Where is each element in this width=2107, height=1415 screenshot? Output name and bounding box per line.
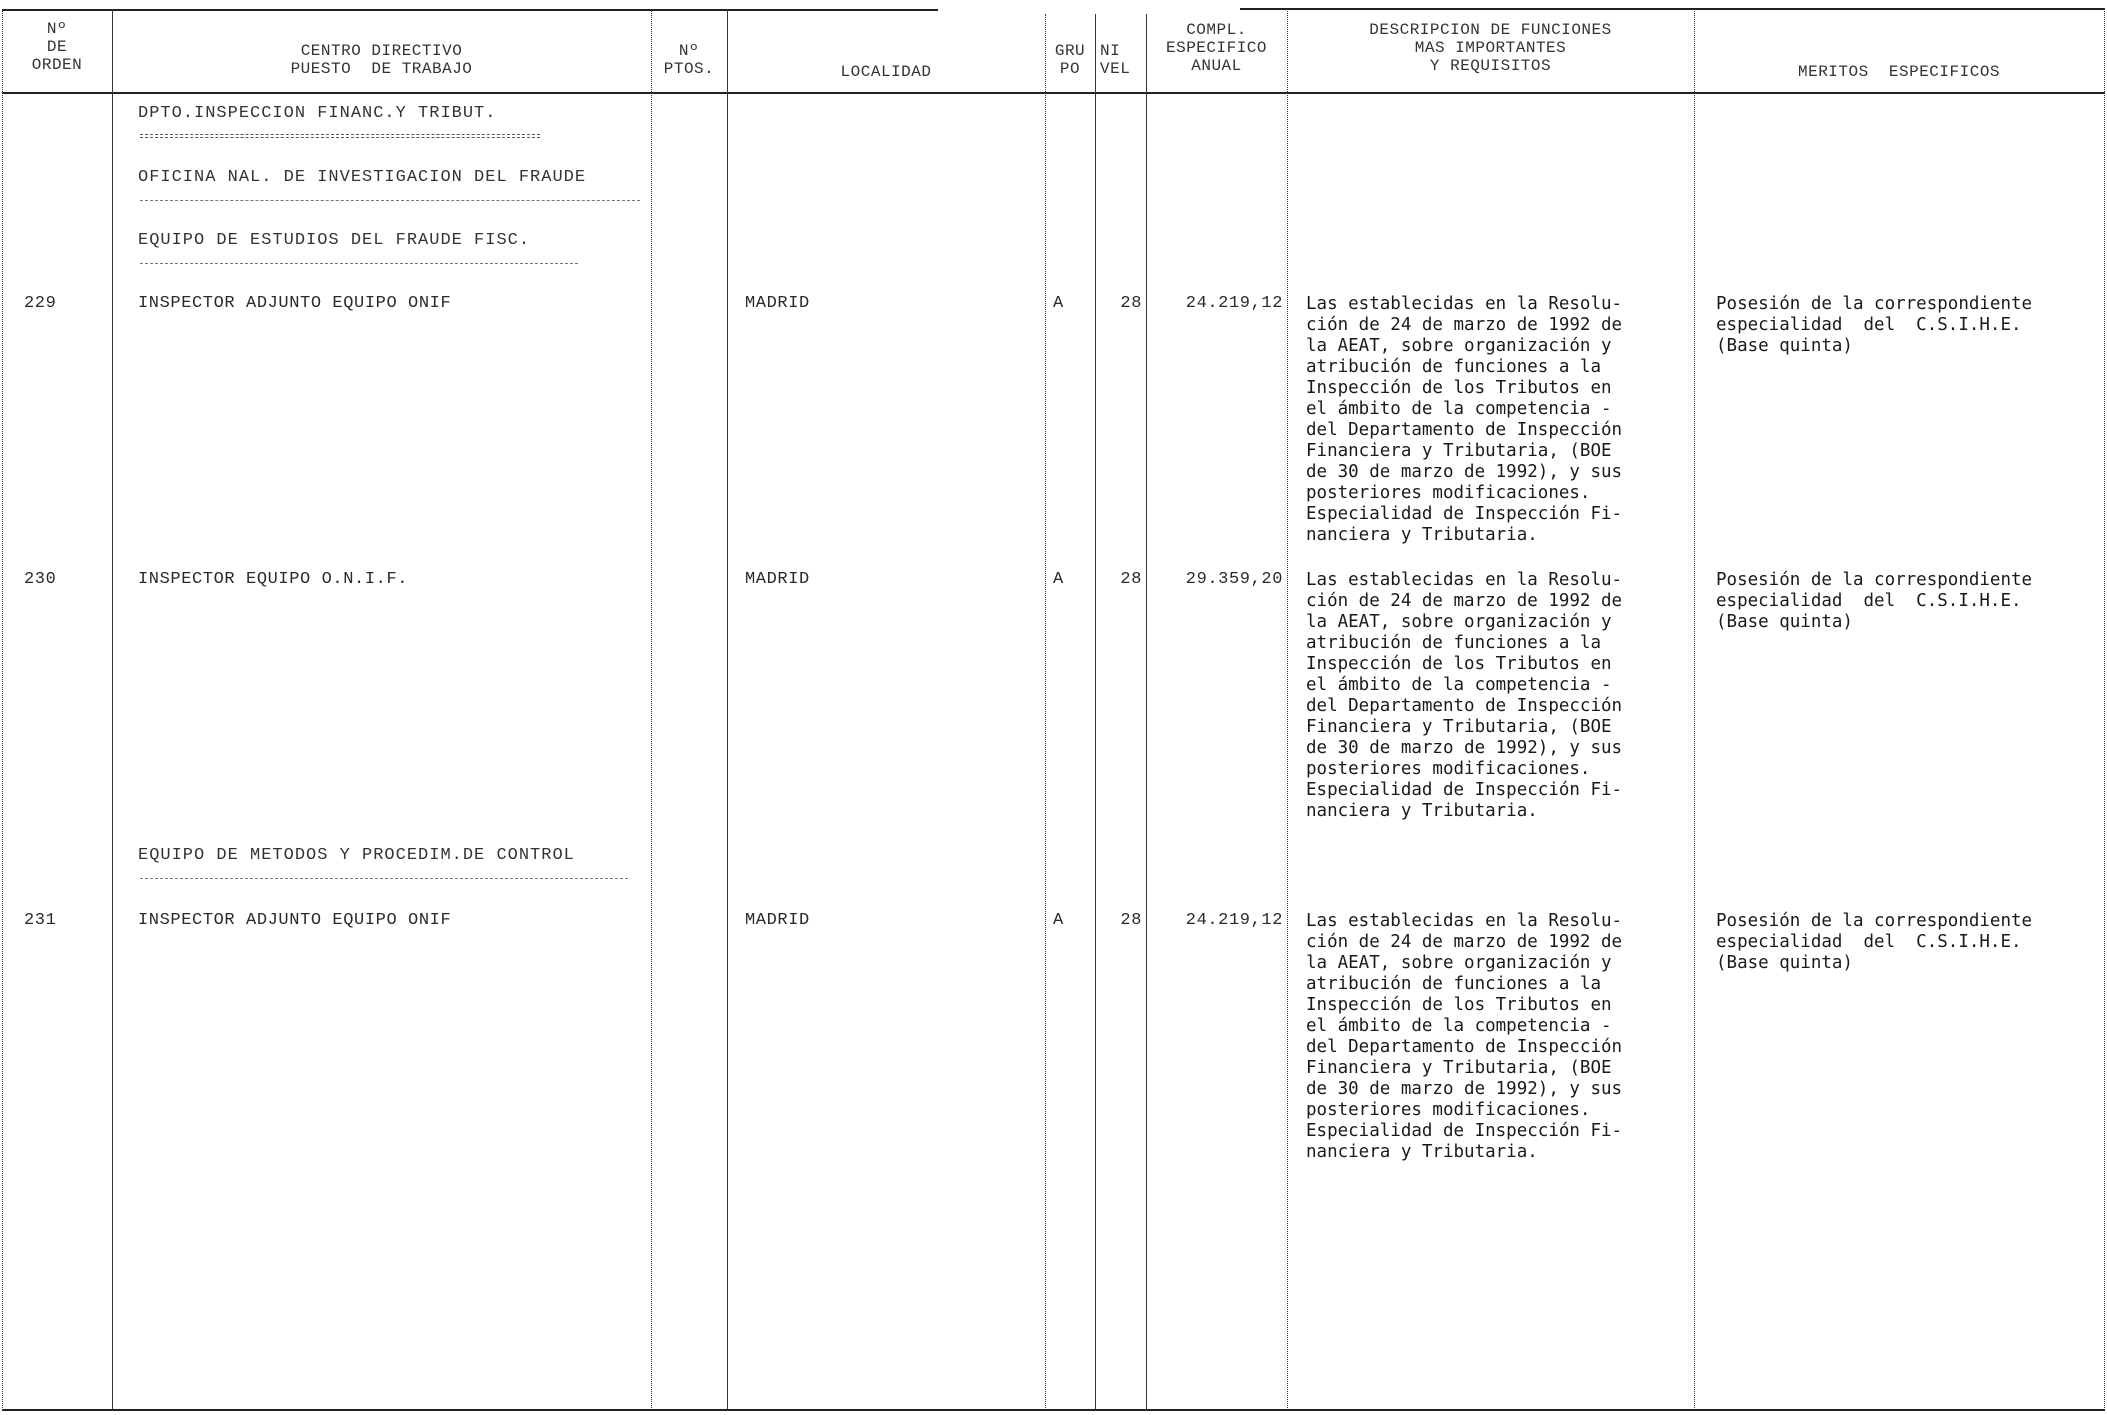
- meritos-cell: Posesión de la correspondiente especiali…: [1716, 911, 2101, 974]
- header-descripcion: DESCRIPCION DE FUNCIONES MAS IMPORTANTES…: [1287, 21, 1694, 75]
- header-meritos: MERITOS ESPECIFICOS: [1694, 63, 2104, 81]
- col-line-5: [1095, 14, 1096, 1410]
- col-line-0: [2, 9, 3, 1410]
- col-line-8: [1694, 9, 1695, 1410]
- col-line-3: [727, 9, 728, 1410]
- localidad-cell: MADRID: [745, 294, 810, 314]
- meritos-cell: Posesión de la correspondiente especiali…: [1716, 570, 2101, 633]
- localidad-cell: MADRID: [745, 911, 810, 931]
- section-underline: [140, 200, 640, 201]
- compl-cell: 24.219,12: [1150, 294, 1283, 314]
- header-orden: Nº DE ORDEN: [2, 20, 112, 74]
- section-heading-dpto: DPTO.INSPECCION FINANC.Y TRIBUT.: [138, 104, 496, 124]
- orden-cell: 229: [24, 294, 56, 314]
- col-line-6: [1146, 14, 1147, 1410]
- puesto-cell: INSPECTOR EQUIPO O.N.I.F.: [138, 570, 408, 590]
- col-line-4: [1045, 14, 1046, 1410]
- meritos-cell: Posesión de la correspondiente especiali…: [1716, 294, 2101, 357]
- descripcion-cell: Las establecidas en la Resolu- ción de 2…: [1306, 911, 1692, 1163]
- nivel-cell: 28: [1100, 570, 1142, 590]
- section-underline: [140, 263, 578, 264]
- header-centro: CENTRO DIRECTIVO PUESTO DE TRABAJO: [112, 42, 651, 78]
- orden-cell: 231: [24, 911, 56, 931]
- bottom-border: [2, 1409, 2105, 1411]
- localidad-cell: MADRID: [745, 570, 810, 590]
- section-underline: [140, 878, 628, 879]
- header-compl: COMPL. ESPECIFICO ANUAL: [1146, 21, 1287, 75]
- puesto-cell: INSPECTOR ADJUNTO EQUIPO ONIF: [138, 294, 451, 314]
- header-nivel: NI VEL: [1095, 42, 1151, 78]
- col-line-9: [2104, 8, 2105, 1410]
- header-divider: [2, 92, 2105, 94]
- orden-cell: 230: [24, 570, 56, 590]
- section-heading-equipo-estudios: EQUIPO DE ESTUDIOS DEL FRAUDE FISC.: [138, 231, 530, 251]
- section-heading-oficina: OFICINA NAL. DE INVESTIGACION DEL FRAUDE: [138, 168, 586, 188]
- header-grupo: GRU PO: [1045, 42, 1095, 78]
- grupo-cell: A: [1053, 570, 1064, 590]
- grupo-cell: A: [1053, 294, 1064, 314]
- top-border-left: [2, 9, 938, 11]
- descripcion-cell: Las establecidas en la Resolu- ción de 2…: [1306, 570, 1692, 822]
- nivel-cell: 28: [1100, 294, 1142, 314]
- compl-cell: 24.219,12: [1150, 911, 1283, 931]
- top-border-right: [1240, 8, 2105, 10]
- puesto-cell: INSPECTOR ADJUNTO EQUIPO ONIF: [138, 911, 451, 931]
- descripcion-cell: Las establecidas en la Resolu- ción de 2…: [1306, 294, 1692, 546]
- col-line-2: [651, 9, 652, 1410]
- grupo-cell: A: [1053, 911, 1064, 931]
- section-heading-equipo-metodos: EQUIPO DE METODOS Y PROCEDIM.DE CONTROL: [138, 846, 575, 866]
- section-underline-double: [140, 134, 540, 138]
- col-line-1: [112, 9, 113, 1410]
- compl-cell: 29.359,20: [1150, 570, 1283, 590]
- nivel-cell: 28: [1100, 911, 1142, 931]
- header-ptos: Nº PTOS.: [651, 42, 727, 78]
- col-line-7: [1287, 9, 1288, 1410]
- header-localidad: LOCALIDAD: [727, 63, 1045, 81]
